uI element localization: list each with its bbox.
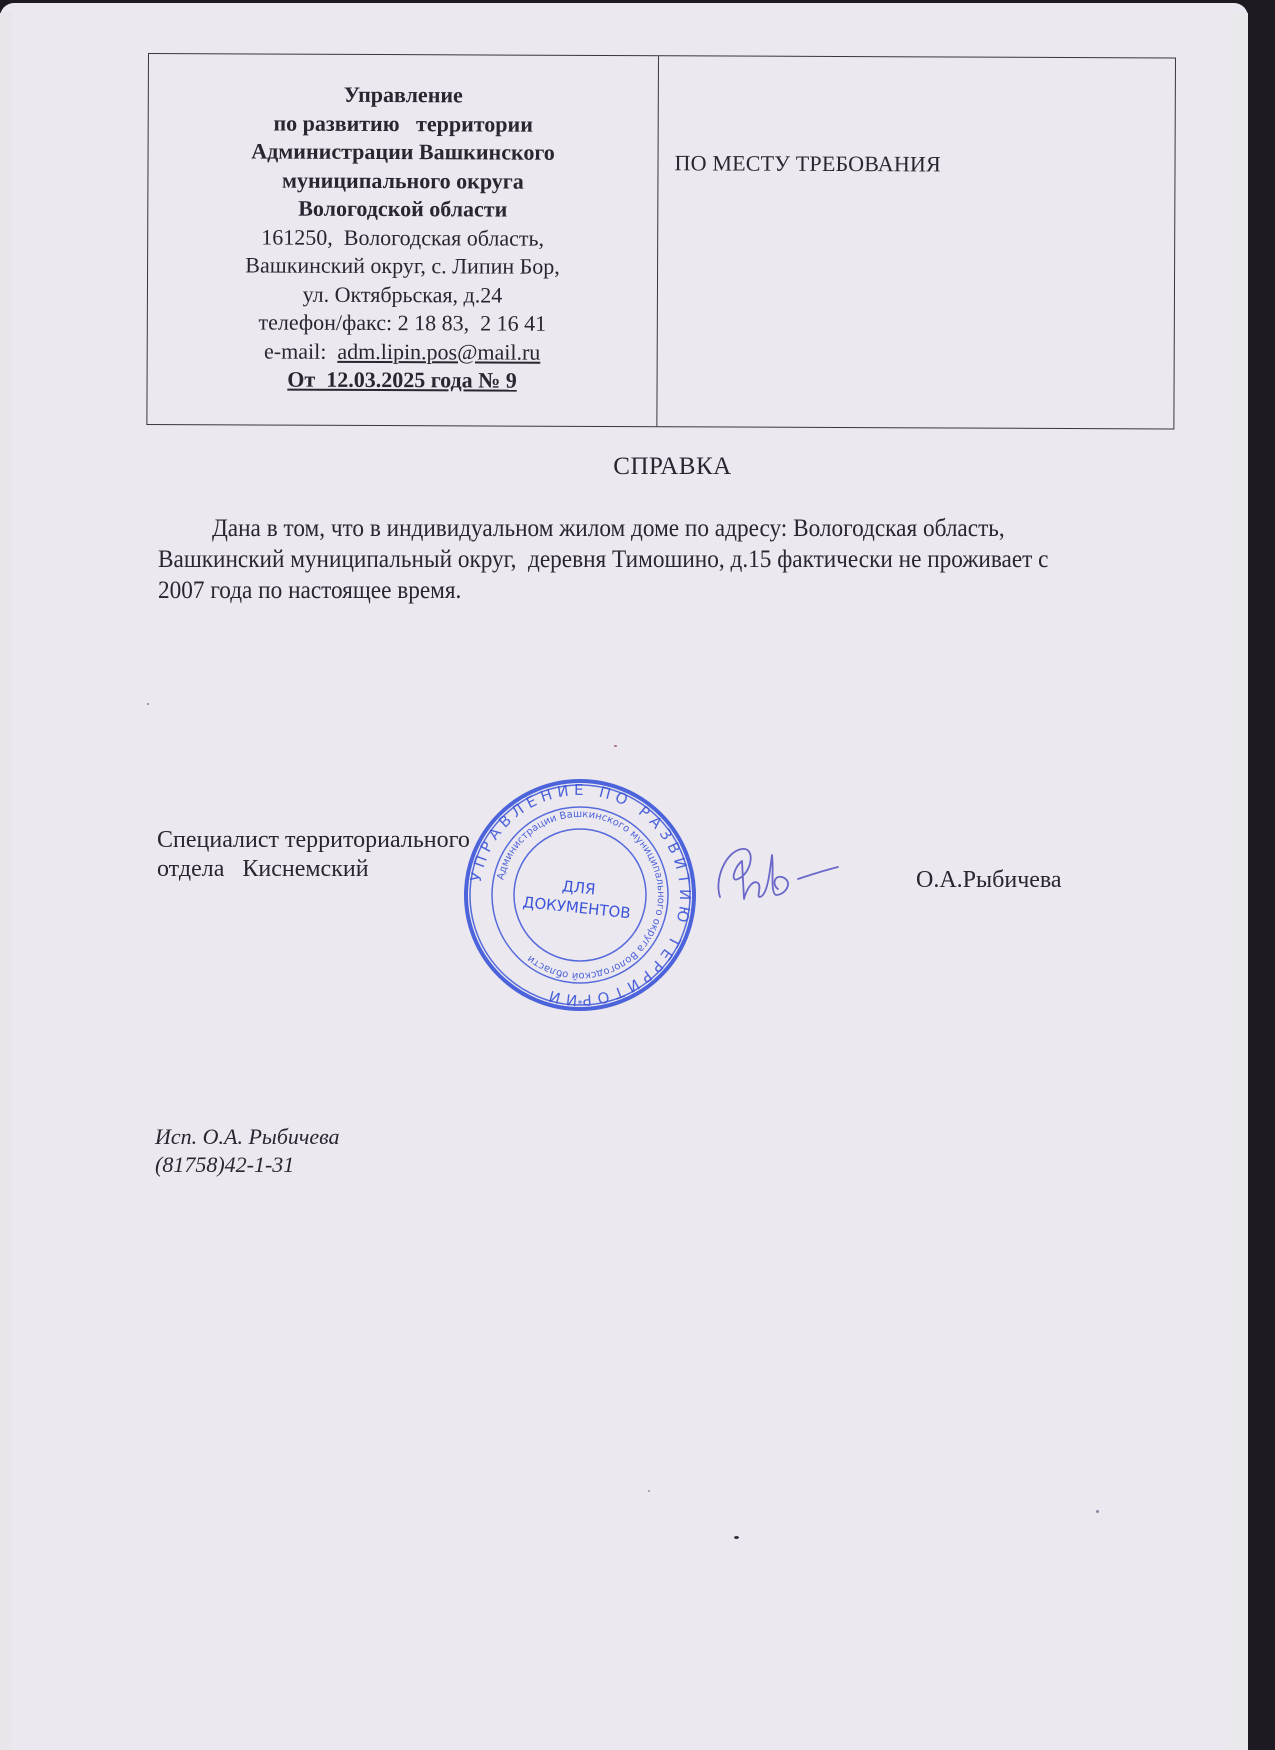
- sender-org-line: Администрации Вашкинского: [149, 137, 658, 168]
- sender-address-line: Вашкинский округ, с. Липин Бор,: [148, 251, 657, 282]
- letterhead-table: Управление по развитию территории Админи…: [146, 53, 1176, 429]
- document-reference: От 12.03.2025 года № 9: [287, 366, 517, 396]
- addressee-cell: ПО МЕСТУ ТРЕБОВАНИЯ: [657, 56, 1175, 428]
- sender-cell: Управление по развитию территории Админи…: [147, 54, 659, 426]
- position-line: отдела Киснемский: [157, 855, 470, 884]
- sender-address-line: ул. Октябрьская, д.24: [148, 280, 657, 311]
- handwritten-signature-icon: [712, 839, 842, 911]
- signatory-name: О.А.Рыбичева: [916, 867, 1062, 894]
- sender-org-line: Вологодской области: [148, 194, 657, 225]
- sender-phone-line: телефон/факс: 2 18 83, 2 16 41: [148, 308, 657, 339]
- body-paragraph: Дана в том, что в индивидуальном жилом д…: [158, 515, 1054, 604]
- document-title: СПРАВКА: [0, 453, 1275, 481]
- scan-speck: [734, 1536, 739, 1539]
- scanned-page: Управление по развитию территории Админи…: [0, 3, 1248, 1750]
- scan-speck: [614, 745, 617, 747]
- sender-org-line: по развитию территории: [149, 109, 658, 140]
- stamp-center-line: ДОКУМЕНТОВ: [522, 893, 632, 922]
- scan-speck: [147, 703, 149, 705]
- sender-address-line: 161250, Вологодская область,: [148, 223, 657, 254]
- scan-edge-left: [0, 13, 12, 1750]
- email-label: e-mail:: [264, 338, 337, 363]
- executor-phone: (81758)42-1-31: [155, 1151, 340, 1179]
- sender-org-line: муниципального округа: [148, 166, 657, 197]
- signatory-position: Специалист территориального отдела Кисне…: [157, 826, 470, 884]
- document-body: Дана в том, что в индивидуальном жилом д…: [158, 513, 1051, 606]
- addressee: ПО МЕСТУ ТРЕБОВАНИЯ: [674, 150, 940, 177]
- scan-speck: [648, 1490, 650, 1492]
- official-stamp-icon: УПРАВЛЕНИЕ ПО РАЗВИТИЮ ТЕРРИТОРИИ Админи…: [460, 775, 700, 1015]
- scan-edge-right: [1230, 13, 1248, 1750]
- executor-name: Исп. О.А. Рыбичева: [155, 1123, 340, 1151]
- sender-email-line: e-mail: adm.lipin.pos@mail.ru: [148, 337, 657, 368]
- executor-info: Исп. О.А. Рыбичева (81758)42-1-31: [155, 1123, 340, 1179]
- sender-org-line: Управление: [149, 80, 658, 111]
- position-line: Специалист территориального: [157, 826, 470, 855]
- email-link[interactable]: adm.lipin.pos@mail.ru: [337, 338, 540, 364]
- scan-speck: [1096, 1510, 1099, 1513]
- stamp-center-line: ДЛЯ: [561, 877, 596, 898]
- svg-text:*: *: [578, 999, 583, 1010]
